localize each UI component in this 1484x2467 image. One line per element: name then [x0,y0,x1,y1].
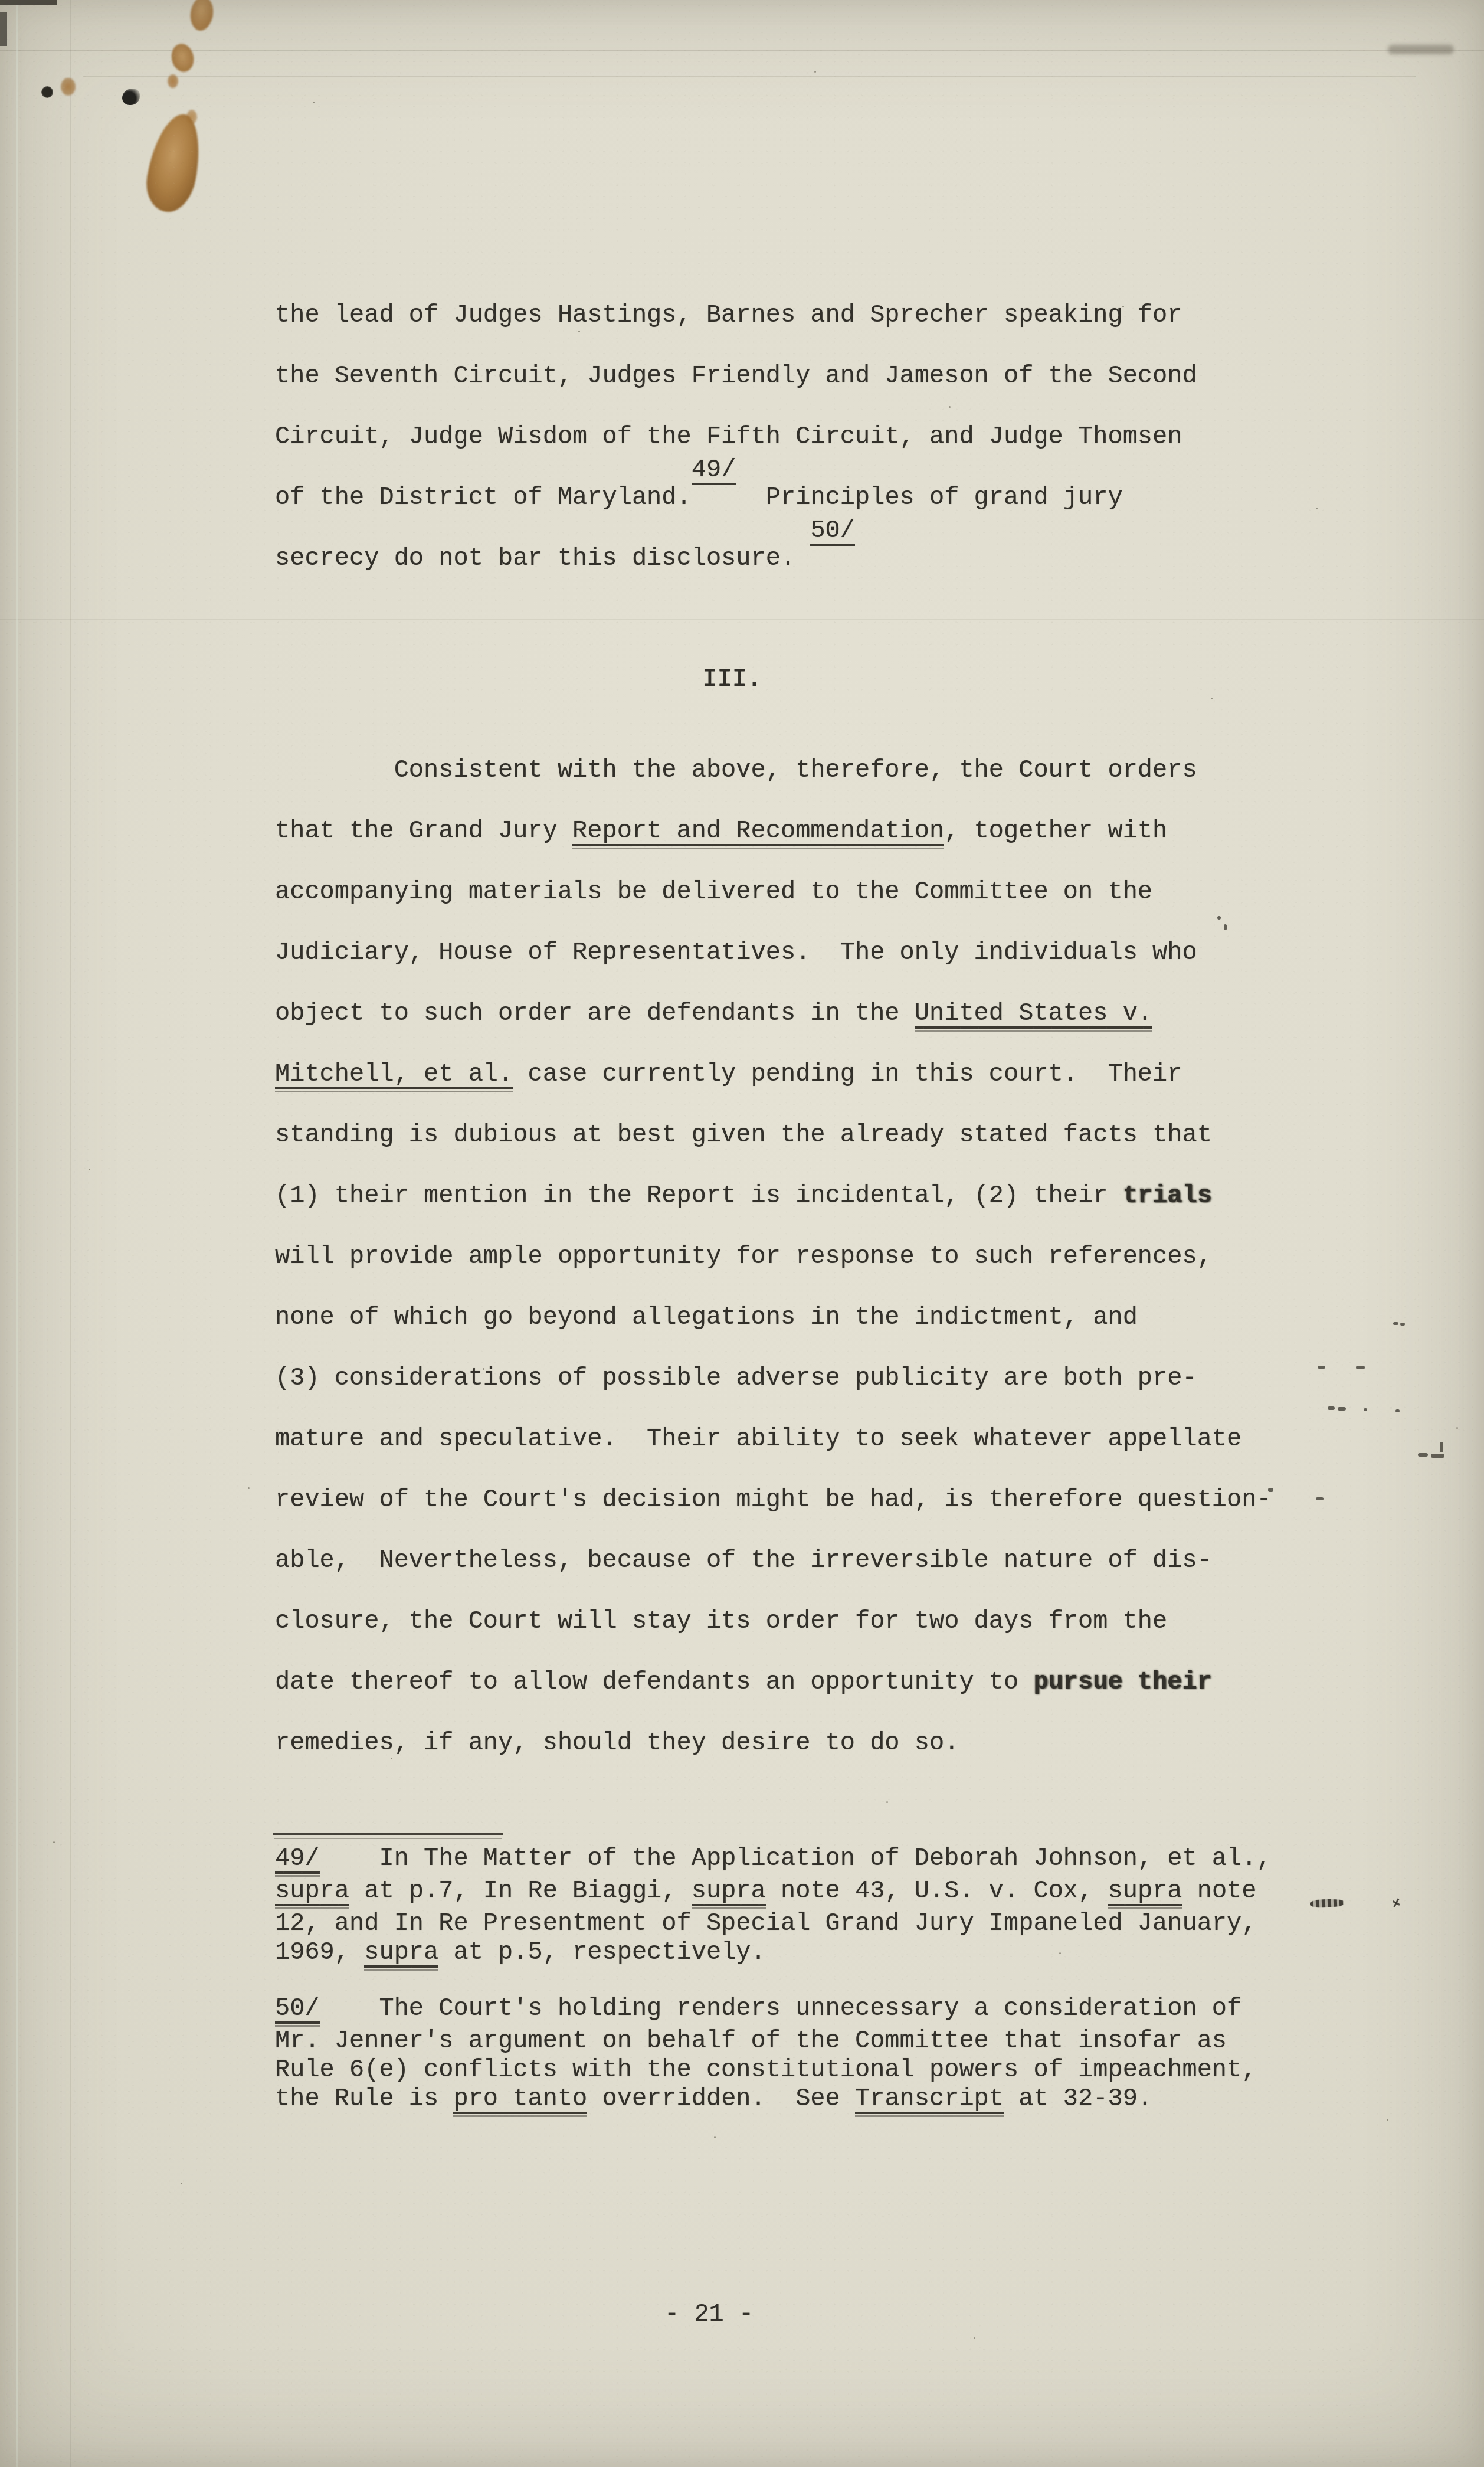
text-segment: remedies, if any, should they desire to … [275,1729,959,1757]
text-segment: (3) considerations of possible adverse p… [275,1364,1197,1392]
footnote-50: 50/ The Court's holding renders unnecess… [275,1994,1256,2117]
text-segment: review of the Court's decision might be … [275,1486,1272,1514]
text-segment: of the District of Maryland. [275,483,692,512]
footnote-ref-superscript: 49/ [692,457,736,485]
pencil-mark [1318,1366,1325,1369]
ink-dot [41,86,53,98]
paragraph-2-line: accompanying materials be delivered to t… [275,862,1272,922]
paragraph-1-line: of the District of Maryland.49/ Principl… [275,467,1197,528]
text-segment: closure, the Court will stay its order f… [275,1607,1167,1635]
text-segment: at 32-39. [1004,2085,1152,2113]
text-segment: will provide ample opportunity for respo… [275,1242,1212,1271]
paper-crease-horizontal [0,50,1484,51]
pencil-mark [1440,1442,1443,1452]
underlined-text: supra [692,1878,766,1909]
underlined-text: 49/ [275,1846,320,1877]
paper-speck [814,71,816,73]
paragraph-1-line: the lead of Judges Hastings, Barnes and … [275,285,1197,346]
page-number: - 21 - [664,2300,754,2329]
paper-speck [248,1487,250,1489]
underlined-text: supra [1108,1878,1182,1909]
text-segment: 1969, [275,1938,364,1967]
footnote-49-line: 12, and In Re Presentment of Special Gra… [275,1909,1272,1938]
text-segment: overridden. See [587,2085,855,2113]
paragraph-2-line: standing is dubious at best given the al… [275,1105,1272,1166]
text-segment [736,483,765,512]
pencil-mark [1338,1407,1346,1411]
paper-speck [53,1841,55,1843]
text-segment: the Rule is [275,2085,453,2113]
text-segment [795,544,810,572]
paper-speck [974,2337,975,2339]
paper-speck [181,2183,182,2184]
text-segment: Consistent with the above, therefore, th… [275,756,1197,784]
footnote-50-line: the Rule is pro tanto overridden. See Tr… [275,2085,1256,2117]
smudged-text: trials [1123,1182,1212,1210]
text-segment: date thereof to allow defendants an oppo… [275,1668,1033,1696]
paragraph-2-line: Consistent with the above, therefore, th… [275,740,1272,801]
pencil-mark [1316,1497,1324,1500]
text-segment: Principles of grand jury [766,483,1123,512]
body-paragraph-1: the lead of Judges Hastings, Barnes and … [275,285,1197,589]
pen-squiggle [1310,1899,1344,1908]
text-segment: case currently pending in this court. Th… [513,1060,1182,1088]
footnote-ref-superscript: 50/ [810,518,855,546]
text-segment: the Seventh Circuit, Judges Friendly and… [275,362,1197,390]
pencil-mark [1395,1409,1400,1412]
pencil-mark [1418,1453,1428,1457]
paper-crease-horizontal [83,76,1416,77]
text-segment: In The Matter of the Application of Debo… [320,1844,1272,1873]
paper-speck [714,2136,716,2138]
paragraph-1-line: the Seventh Circuit, Judges Friendly and… [275,346,1197,407]
text-segment: 12, and In Re Presentment of Special Gra… [275,1909,1256,1938]
pencil-mark [1364,1408,1367,1411]
paper-crease-horizontal [0,619,1484,620]
paragraph-2-line: remedies, if any, should they desire to … [275,1713,1272,1774]
paragraph-2-line: that the Grand Jury Report and Recommend… [275,801,1272,862]
text-segment: , together with [944,817,1167,845]
paper-crease-vertical [70,0,71,2467]
text-segment: Judiciary, House of Representatives. The… [275,938,1197,967]
paragraph-2-line: (3) considerations of possible adverse p… [275,1348,1272,1409]
pencil-mark [1431,1454,1444,1458]
coffee-stain-blob [169,42,196,74]
underlined-text: Transcript [855,2086,1004,2117]
body-paragraph-2: Consistent with the above, therefore, th… [275,740,1272,1774]
underlined-text: pro tanto [453,2086,587,2117]
text-segment: note 43, U.S. v. Cox, [766,1877,1108,1905]
paper-speck [1387,2119,1388,2121]
footnote-50-line: Rule 6(e) conflicts with the constitutio… [275,2056,1256,2085]
paragraph-2-line: Judiciary, House of Representatives. The… [275,922,1272,983]
underlined-text: Report and Recommendation [572,818,944,849]
text-segment: Circuit, Judge Wisdom of the Fifth Circu… [275,423,1182,451]
scan-edge-line [16,0,18,2467]
text-segment: Rule 6(e) conflicts with the constitutio… [275,2056,1256,2084]
paragraph-2-line: will provide ample opportunity for respo… [275,1226,1272,1287]
text-segment: The Court's holding renders unnecessary … [320,1994,1242,2023]
pencil-mark [1356,1366,1365,1369]
paper-speck [1456,1427,1458,1429]
paragraph-2-line: Mitchell, et al. case currently pending … [275,1044,1272,1105]
coffee-stain-drop-tail [186,110,197,124]
paper-speck [89,1169,90,1170]
paragraph-2-line: (1) their mention in the Report is incid… [275,1166,1272,1226]
paragraph-1-line: secrecy do not bar this disclosure. 50/ [275,528,1197,589]
paragraph-2-line: closure, the Court will stay its order f… [275,1591,1272,1652]
scanned-document-page: the lead of Judges Hastings, Barnes and … [0,0,1484,2467]
footnote-separator-rule [273,1833,503,1835]
paper-speck [313,102,315,103]
footnote-50-line: Mr. Jenner's argument on behalf of the C… [275,2027,1256,2056]
text-segment: able, Nevertheless, because of the irrev… [275,1546,1212,1575]
underlined-text: 50/ [275,1995,320,2027]
text-segment: at p.7, In Re Biaggi, [349,1877,692,1905]
ink-mark [122,89,140,105]
text-segment: mature and speculative. Their ability to… [275,1425,1241,1453]
footnote-49-line: 1969, supra at p.5, respectively. [275,1938,1272,1971]
paragraph-2-line: date thereof to allow defendants an oppo… [275,1652,1272,1713]
underlined-text: Mitchell, et al. [275,1061,513,1092]
footnote-49-line: 49/ In The Matter of the Application of … [275,1844,1272,1877]
footnote-50-line: 50/ The Court's holding renders unnecess… [275,1994,1256,2027]
paragraph-2-line: able, Nevertheless, because of the irrev… [275,1530,1272,1591]
coffee-stain-blob [188,0,215,32]
pencil-mark [1393,1322,1398,1325]
paragraph-2-line: review of the Court's decision might be … [275,1470,1272,1530]
coffee-stain-drop-large [142,110,207,216]
coffee-stain-dot [61,78,76,96]
text-segment: Mr. Jenner's argument on behalf of the C… [275,2027,1227,2055]
text-segment: at p.5, respectively. [438,1938,766,1967]
smudged-text: pursue their [1033,1668,1211,1696]
pencil-mark [1328,1406,1335,1410]
scan-edge-dark-bar [0,0,57,5]
underlined-text: supra [364,1939,438,1971]
text-segment: object to such order are defendants in t… [275,999,915,1028]
pen-x-mark [1391,1897,1402,1909]
underlined-text: supra [275,1878,349,1909]
scanner-smudge [1388,45,1454,54]
paper-speck [1316,508,1318,509]
section-heading: III. [702,665,762,695]
text-segment: none of which go beyond allegations in t… [275,1303,1138,1331]
footnote-49: 49/ In The Matter of the Application of … [275,1844,1272,1971]
text-segment: the lead of Judges Hastings, Barnes and … [275,301,1182,329]
pencil-mark [1400,1323,1405,1326]
text-segment: secrecy do not bar this disclosure. [275,544,795,572]
paragraph-2-line: object to such order are defendants in t… [275,983,1272,1044]
paper-speck [1211,698,1213,699]
coffee-stain-dot [168,74,178,88]
text-segment: accompanying materials be delivered to t… [275,878,1152,906]
scan-edge-dark-bar [0,12,7,46]
paper-speck [886,1801,888,1803]
paragraph-2-line: none of which go beyond allegations in t… [275,1287,1272,1348]
paragraph-2-line: mature and speculative. Their ability to… [275,1409,1272,1470]
text-segment: standing is dubious at best given the al… [275,1121,1212,1149]
text-segment: (1) their mention in the Report is incid… [275,1182,1123,1210]
text-segment: that the Grand Jury [275,817,572,845]
text-segment: note [1182,1877,1257,1905]
footnote-49-line: supra at p.7, In Re Biaggi, supra note 4… [275,1877,1272,1909]
underlined-text: United States v. [915,1000,1152,1032]
